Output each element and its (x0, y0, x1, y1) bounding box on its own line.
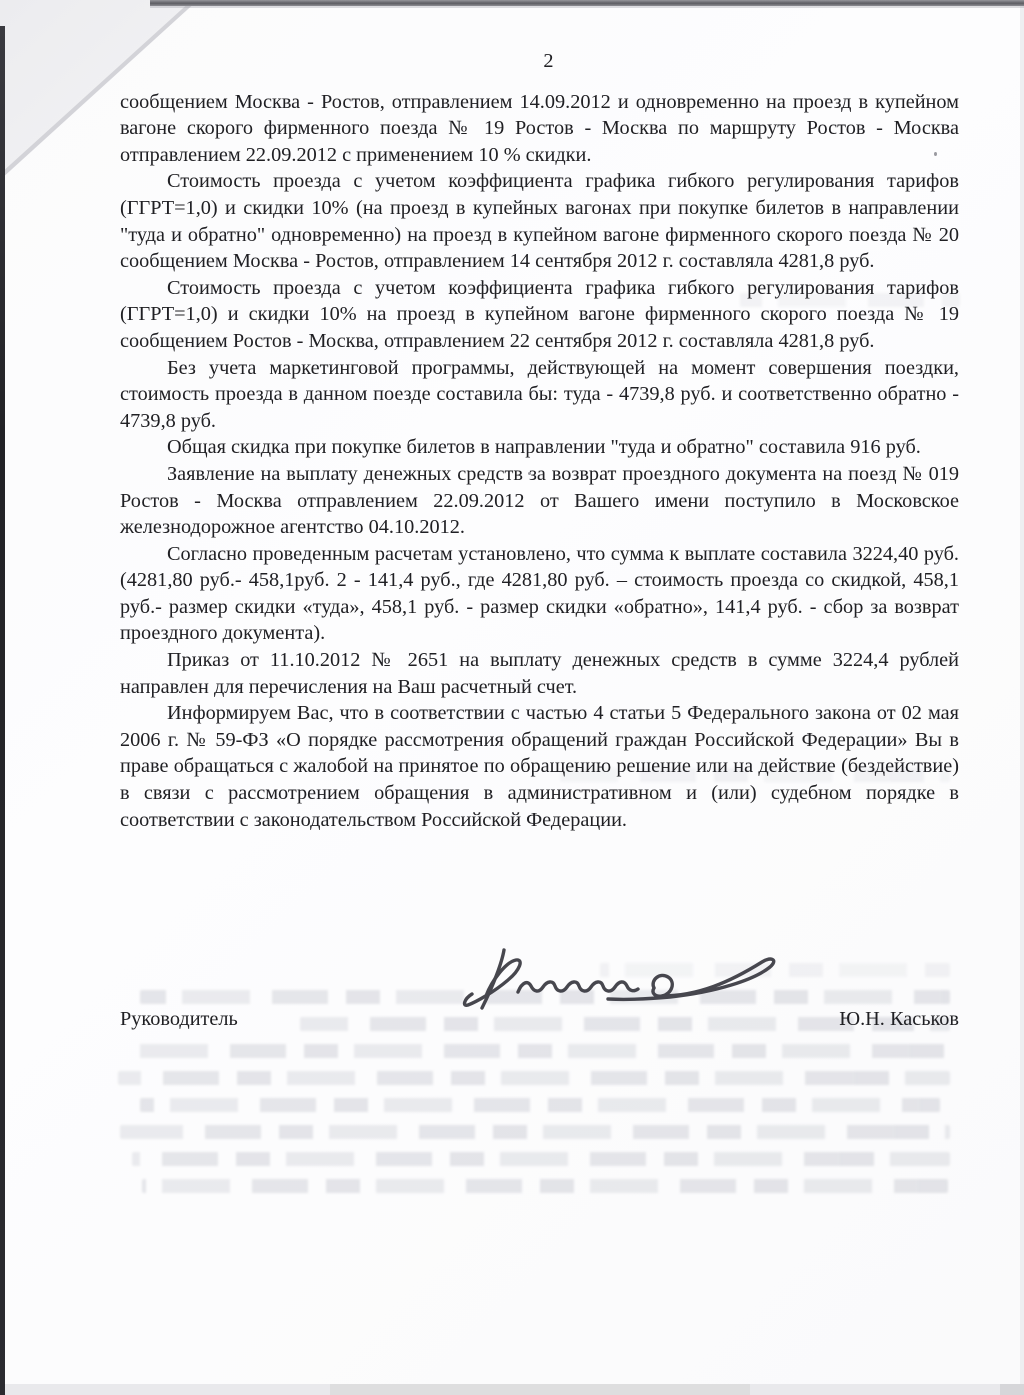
paragraph: сообщением Москва - Ростов, отправлением… (120, 89, 959, 169)
scan-speck (934, 152, 937, 156)
scan-speck (528, 472, 531, 475)
bleedthrough-line (118, 1071, 950, 1085)
scan-edge-right (1020, 6, 1024, 1395)
signoff-row: Руководитель Ю.Н. Каськов (120, 1008, 959, 1031)
paragraph: Согласно проведенным расчетам установлен… (120, 541, 959, 647)
scan-edge-left (0, 26, 5, 1395)
scan-edge-top-shadow (150, 6, 1024, 8)
scanned-page: 2 сообщением Москва - Ростов, отправлени… (0, 0, 1024, 1395)
paragraph: Стоимость проезда с учетом коэффициента … (120, 275, 959, 355)
signoff-name: Ю.Н. Каськов (839, 1008, 959, 1031)
handwritten-signature-icon (458, 942, 788, 1016)
paragraph: Информируем Вас, что в соответствии с ча… (120, 700, 959, 833)
bleedthrough-line (142, 1179, 948, 1193)
page-number: 2 (138, 48, 959, 75)
paragraph: Без учета маркетинговой программы, дейст… (120, 355, 959, 435)
letter-body: 2 сообщением Москва - Ростов, отправлени… (120, 48, 959, 833)
bleedthrough-line (140, 1098, 940, 1112)
bleedthrough-line (120, 1125, 950, 1139)
bleedthrough-line (132, 1152, 950, 1166)
paragraph: Приказ от 11.10.2012 № 2651 на выплату д… (120, 647, 959, 700)
paragraph: Заявление на выплату денежных средств за… (120, 461, 959, 541)
paragraph: Стоимость проезда с учетом коэффициента … (120, 168, 959, 274)
signoff-title: Руководитель (120, 1008, 238, 1031)
paragraph: Общая скидка при покупке билетов в напра… (120, 434, 959, 461)
scan-edge-bottom-segment (330, 1384, 750, 1395)
bleedthrough-line (130, 1044, 950, 1058)
scan-edge-bottom-segment (1000, 1384, 1024, 1395)
